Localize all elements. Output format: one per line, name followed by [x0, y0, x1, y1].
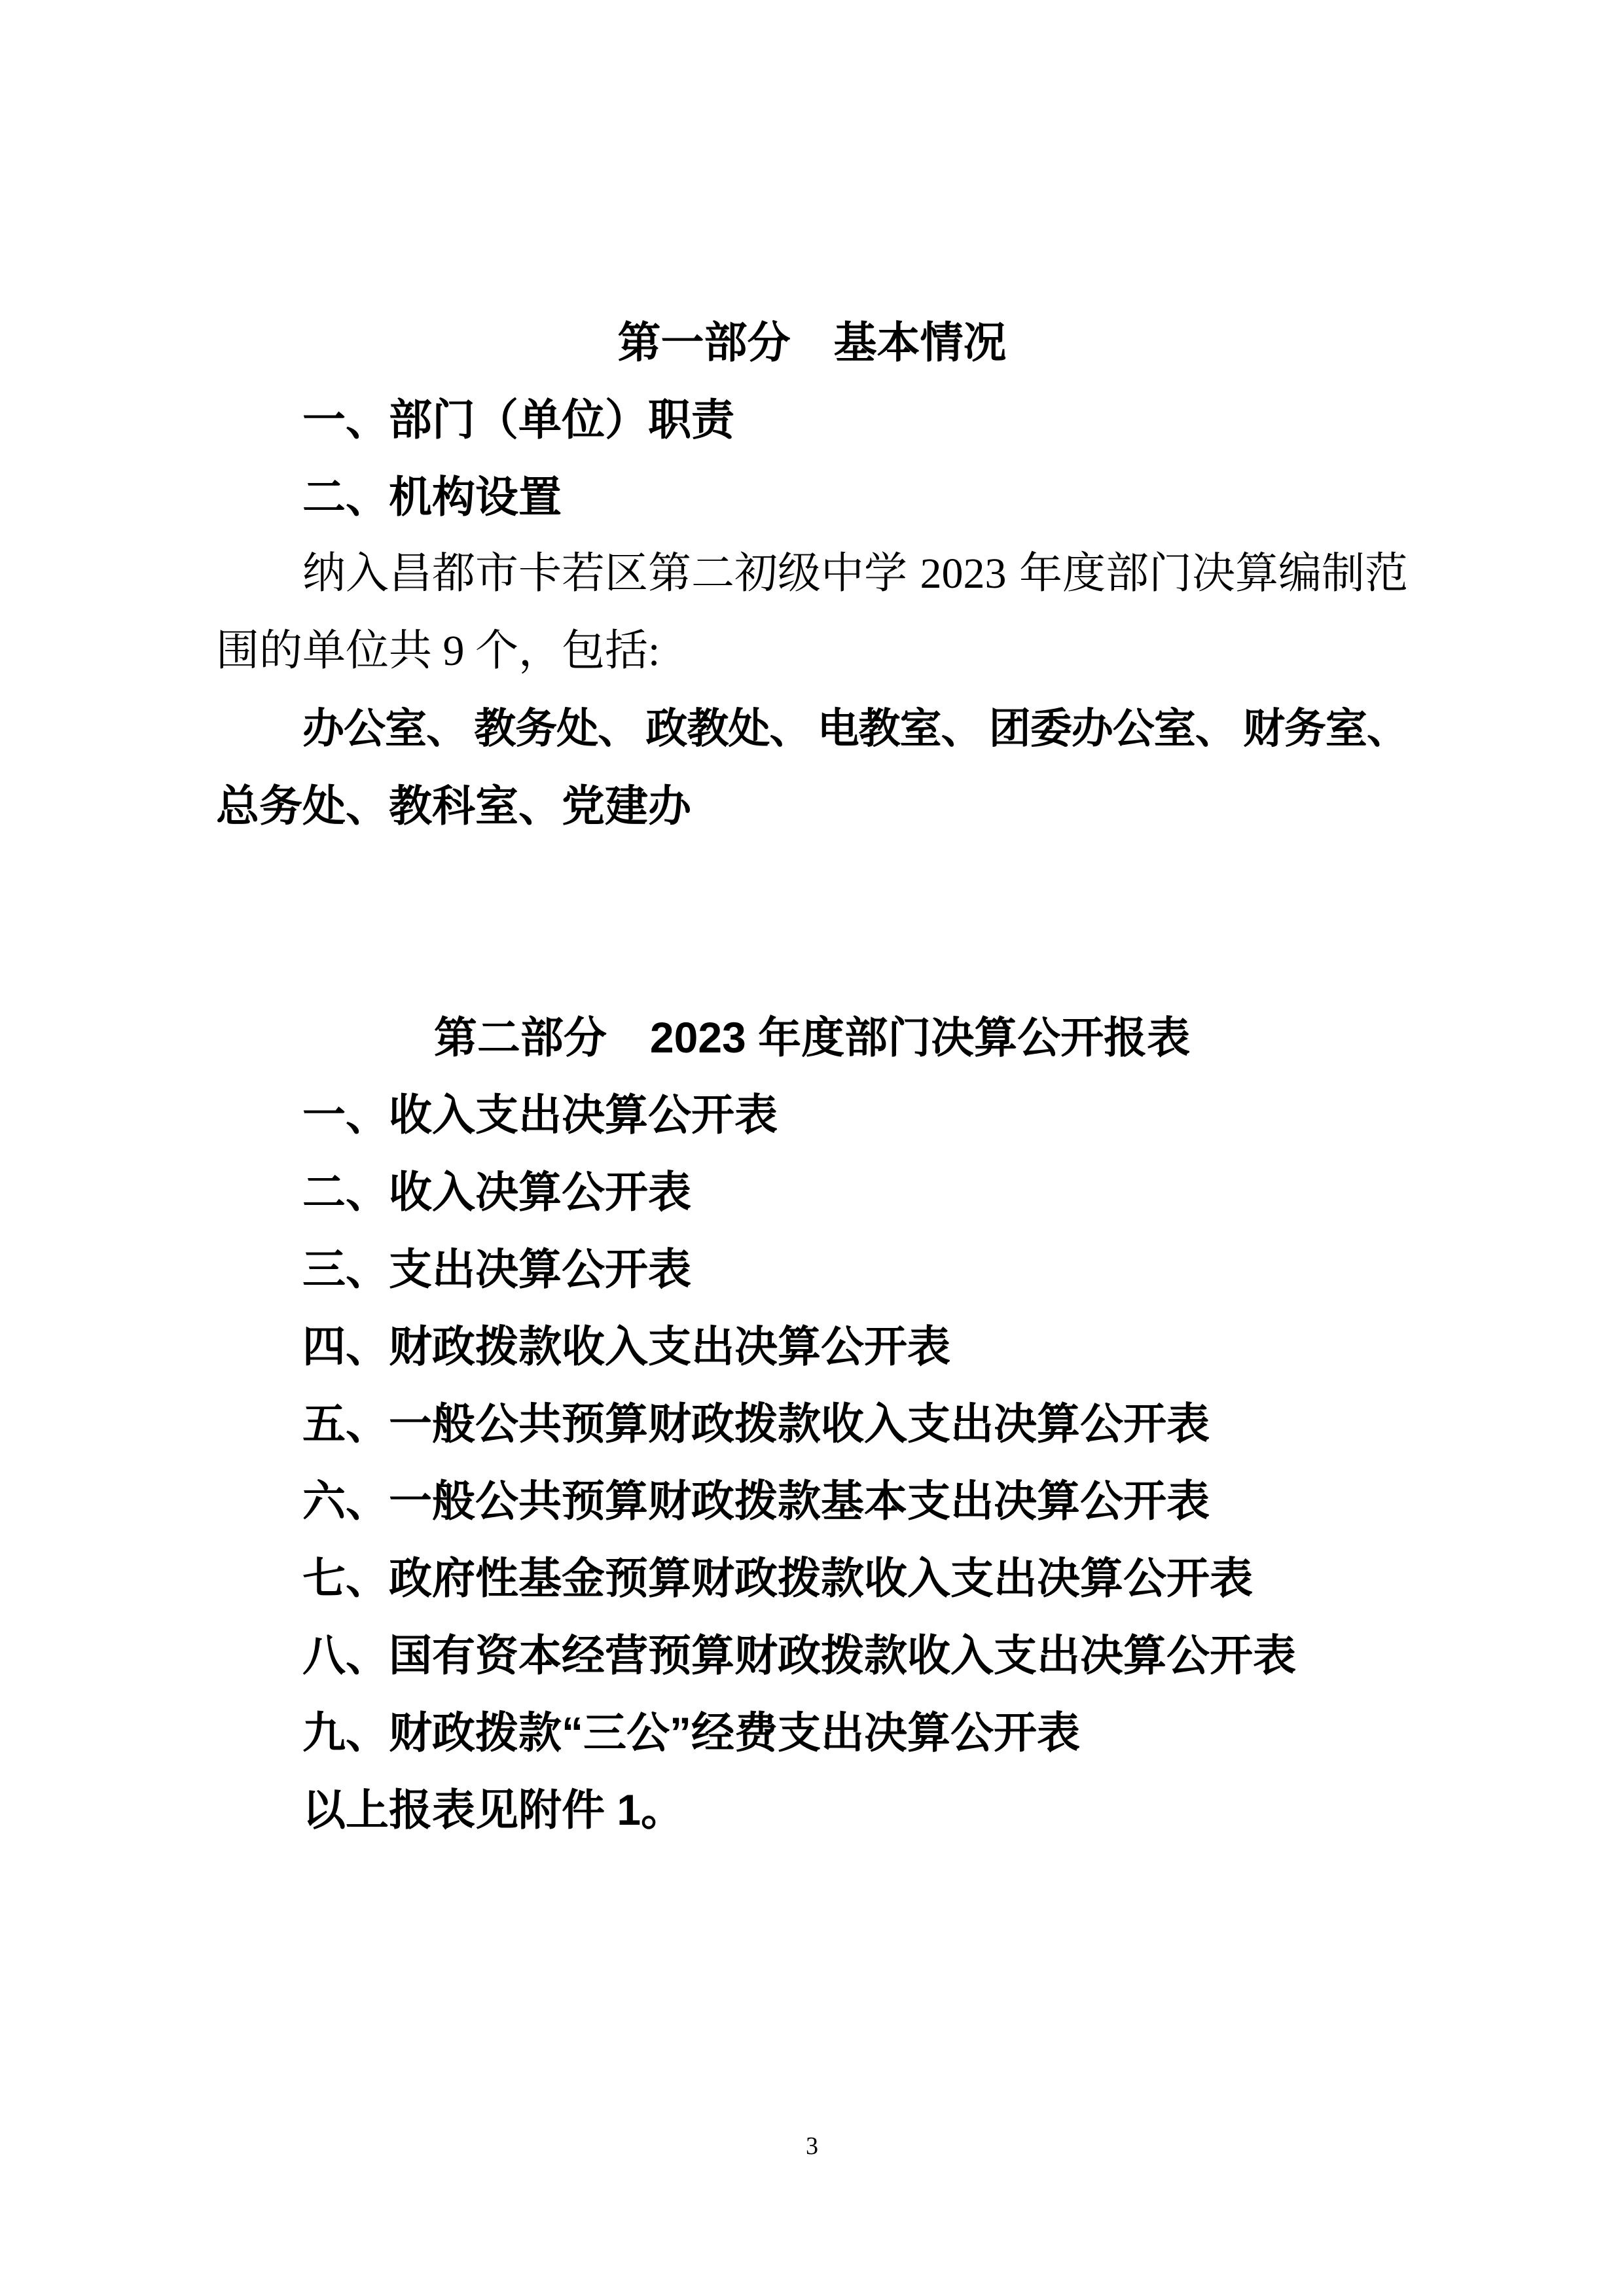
unit-segment: 办公室、	[302, 690, 467, 767]
unit-segment: 电教室、	[818, 690, 983, 767]
unit-segment: 教务处、	[474, 690, 639, 767]
closing-note: 以上报表见附件 1。	[216, 1771, 1408, 1848]
section2-item-7: 七、政府性基金预算财政拨款收入支出决算公开表	[216, 1539, 1408, 1617]
section1-title: 第一部分 基本情况	[216, 304, 1408, 381]
paragraph-line-2: 围的单位共 9 个，包括:	[216, 613, 1408, 690]
paragraph-line-1: 纳入昌都市卡若区第二初级中学 2023 年度部门决算编制范	[216, 535, 1408, 613]
unit-segment: 政教处、	[645, 690, 810, 767]
document-page: 第一部分 基本情况 一、部门（单位）职责 二、机构设置 纳入昌都市卡若区第二初级…	[0, 0, 1624, 2296]
document-content: 第一部分 基本情况 一、部门（单位）职责 二、机构设置 纳入昌都市卡若区第二初级…	[0, 0, 1624, 1848]
section1-item-structure: 二、机构设置	[216, 458, 1408, 535]
section2-title: 第二部分 2023 年度部门决算公开报表	[216, 999, 1408, 1076]
section2-item-4: 四、财政拨款收入支出决算公开表	[216, 1308, 1408, 1385]
page-number: 3	[0, 2131, 1624, 2161]
unit-segment: 团委办公室、	[989, 690, 1236, 767]
section2-item-3: 三、支出决算公开表	[216, 1230, 1408, 1308]
units-line-2: 总务处、教科室、党建办	[216, 767, 1408, 844]
section2-item-6: 六、一般公共预算财政拨款基本支出决算公开表	[216, 1462, 1408, 1539]
unit-segment: 财务室、	[1243, 690, 1408, 767]
units-line-1: 办公室、 教务处、 政教处、 电教室、 团委办公室、 财务室、	[216, 690, 1408, 767]
section2-item-5: 五、一般公共预算财政拨款收入支出决算公开表	[216, 1385, 1408, 1462]
paragraph-segment-year: 2023	[920, 535, 1007, 613]
section2-item-9: 九、财政拨款“三公”经费支出决算公开表	[216, 1694, 1408, 1771]
section2-item-2: 二、收入决算公开表	[216, 1153, 1408, 1230]
paragraph-segment: 纳入昌都市卡若区第二初级中学	[302, 535, 907, 613]
section2-item-8: 八、国有资本经营预算财政拨款收入支出决算公开表	[216, 1617, 1408, 1694]
section1-item-duties: 一、部门（单位）职责	[216, 381, 1408, 458]
section2-item-1: 一、收入支出决算公开表	[216, 1076, 1408, 1153]
paragraph-segment: 年度部门决算编制范	[1019, 535, 1408, 613]
